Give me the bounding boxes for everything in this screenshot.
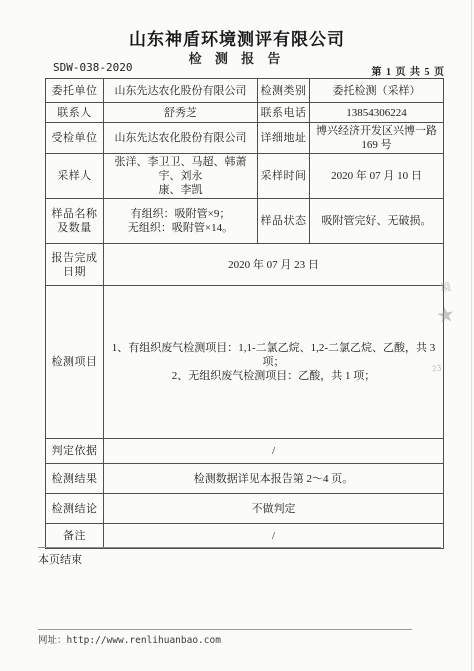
field-label: 样品名称及数量: [46, 199, 104, 244]
field-label: 采样人: [46, 154, 104, 199]
field-value: 2020 年 07 月 10 日: [310, 154, 444, 199]
seal-fragment-character: 境: [438, 278, 452, 296]
field-value: 山东先达农化股份有限公司: [104, 123, 258, 154]
field-value: 舒秀芝: [104, 103, 258, 123]
seal-fragment-mark: 23: [431, 363, 442, 373]
field-label: 样品状态: [258, 199, 310, 244]
field-label: 采样时间: [258, 154, 310, 199]
table-row: 检测项目 1、有组织废气检测项目：1,1-二氯乙烷、1,2-二氯乙烷、乙酸，共 …: [46, 286, 444, 439]
footer-website: 网址：http://www.renlihuanbao.com: [38, 632, 221, 646]
field-value: 吸附管完好、无破损。: [310, 199, 444, 244]
field-value: 不做判定: [104, 494, 444, 524]
field-label: 判定依据: [46, 439, 104, 464]
field-label: 委托单位: [46, 79, 104, 103]
page-number-info: 第 1 页 共 5 页: [372, 63, 446, 78]
field-label: 联系人: [46, 103, 104, 123]
table-row: 受检单位 山东先达农化股份有限公司 详细地址 博兴经济开发区兴博一路 169 号: [46, 123, 444, 154]
field-value: 1、有组织废气检测项目：1,1-二氯乙烷、1,2-二氯乙烷、乙酸，共 3 项； …: [104, 286, 444, 439]
seal-star-icon: ★: [434, 302, 456, 328]
page-end-rule: [38, 547, 441, 548]
table-row: 采样人 张洋、李卫卫、马超、韩萧宇、刘永 康、李凯 采样时间 2020 年 07…: [46, 154, 444, 199]
field-label: 联系电话: [258, 103, 310, 123]
table-row: 备注 /: [46, 524, 444, 549]
field-label: 检测类别: [258, 79, 310, 103]
report-info-table: 委托单位 山东先达农化股份有限公司 检测类别 委托检测（采样） 联系人 舒秀芝 …: [45, 78, 444, 549]
company-title: 山东神盾环境测评有限公司: [0, 25, 474, 50]
field-value: 博兴经济开发区兴博一路 169 号: [310, 123, 444, 154]
scanned-report-page: 山东神盾环境测评有限公司 检 测 报 告 SDW-038-2020 第 1 页 …: [0, 0, 474, 671]
field-label: 详细地址: [258, 123, 310, 154]
field-value: 2020 年 07 月 23 日: [104, 244, 444, 286]
field-label: 检测项目: [46, 286, 104, 439]
field-label: 检测结果: [46, 464, 104, 494]
report-number: SDW-038-2020: [53, 61, 132, 74]
field-label: 报告完成日期: [46, 244, 104, 286]
paper-edge-shadow: [471, 0, 472, 671]
table-row: 委托单位 山东先达农化股份有限公司 检测类别 委托检测（采样）: [46, 79, 444, 103]
field-value: 13854306224: [310, 103, 444, 123]
field-value: /: [104, 439, 444, 464]
field-value: 委托检测（采样）: [310, 79, 444, 103]
field-value: 山东先达农化股份有限公司: [104, 79, 258, 103]
field-label: 受检单位: [46, 123, 104, 154]
table-row: 检测结果 检测数据详见本报告第 2～4 页。: [46, 464, 444, 494]
table-row: 联系人 舒秀芝 联系电话 13854306224: [46, 103, 444, 123]
table-row: 检测结论 不做判定: [46, 494, 444, 524]
field-label: 检测结论: [46, 494, 104, 524]
footer-rule: [38, 629, 412, 630]
field-value: 有组织：吸附管×9； 无组织：吸附管×14。: [104, 199, 258, 244]
field-value: 张洋、李卫卫、马超、韩萧宇、刘永 康、李凯: [104, 154, 258, 199]
table-row: 样品名称及数量 有组织：吸附管×9； 无组织：吸附管×14。 样品状态 吸附管完…: [46, 199, 444, 244]
field-value: 检测数据详见本报告第 2～4 页。: [104, 464, 444, 494]
table-row: 判定依据 /: [46, 439, 444, 464]
field-value: /: [104, 524, 444, 549]
field-label: 备注: [46, 524, 104, 549]
table-row: 报告完成日期 2020 年 07 月 23 日: [46, 244, 444, 286]
page-end-text: 本页结束: [38, 551, 82, 567]
